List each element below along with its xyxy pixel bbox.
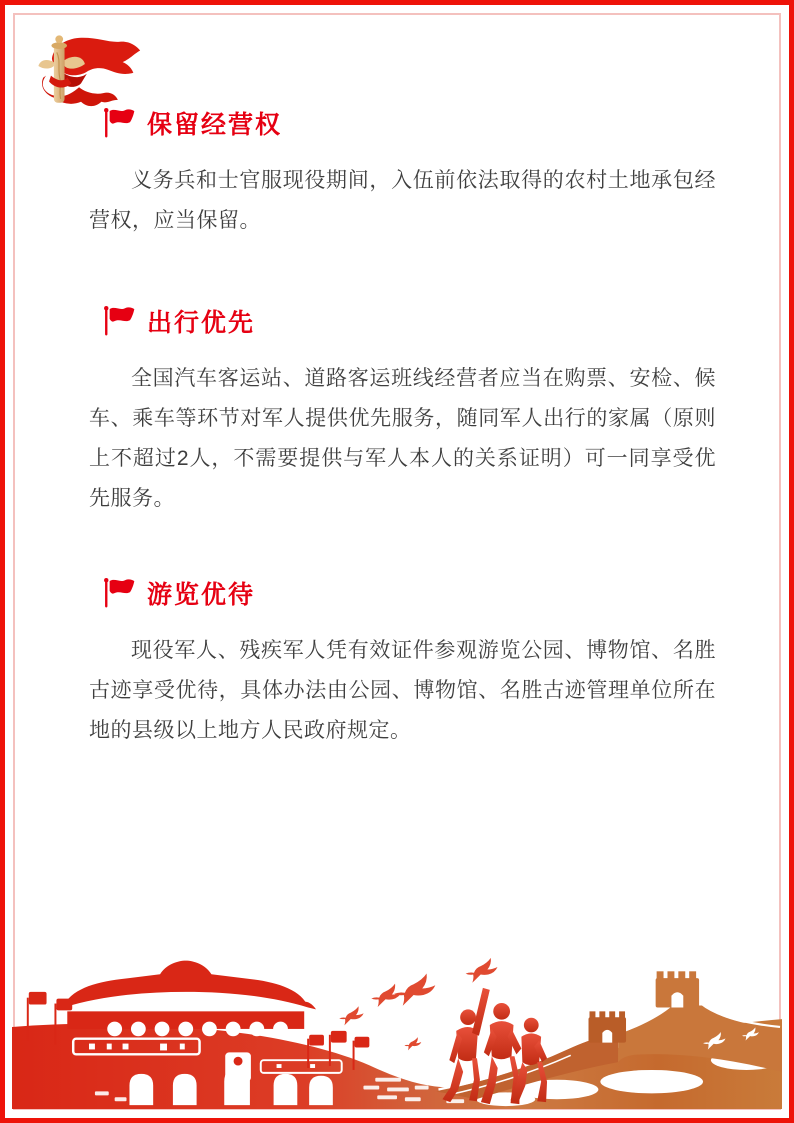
section-heading: 保留经营权	[89, 105, 716, 141]
footer-artwork	[12, 943, 782, 1109]
section-heading: 出行优先	[89, 303, 716, 339]
flag-icon	[102, 304, 136, 338]
content: 保留经营权 义务兵和士官服现役期间，入伍前依法取得的农村土地承包经营权，应当保留…	[89, 5, 716, 751]
benefit-section: 出行优先 全国汽车客运站、道路客运班线经营者应当在购票、安检、候车、乘车等环节对…	[89, 303, 716, 519]
section-body: 全国汽车客运站、道路客运班线经营者应当在购票、安检、候车、乘车等环节对军人提供优…	[89, 359, 716, 519]
flag-icon	[102, 576, 136, 610]
huabiao-flag-ornament-icon	[19, 33, 145, 111]
flag-icon	[102, 106, 136, 140]
benefit-section: 游览优待 现役军人、残疾军人凭有效证件参观游览公园、博物馆、名胜古迹享受优待，具…	[89, 575, 716, 751]
section-title: 出行优先	[147, 303, 255, 339]
page: 保留经营权 义务兵和士官服现役期间，入伍前依法取得的农村土地承包经营权，应当保留…	[0, 0, 794, 1123]
section-body: 现役军人、残疾军人凭有效证件参观游览公园、博物馆、名胜古迹享受优待，具体办法由公…	[89, 631, 716, 751]
section-body: 义务兵和士官服现役期间，入伍前依法取得的农村土地承包经营权，应当保留。	[89, 161, 716, 241]
section-title: 游览优待	[147, 575, 255, 611]
section-heading: 游览优待	[89, 575, 716, 611]
section-title: 保留经营权	[147, 105, 282, 141]
benefit-section: 保留经营权 义务兵和士官服现役期间，入伍前依法取得的农村土地承包经营权，应当保留…	[89, 105, 716, 241]
